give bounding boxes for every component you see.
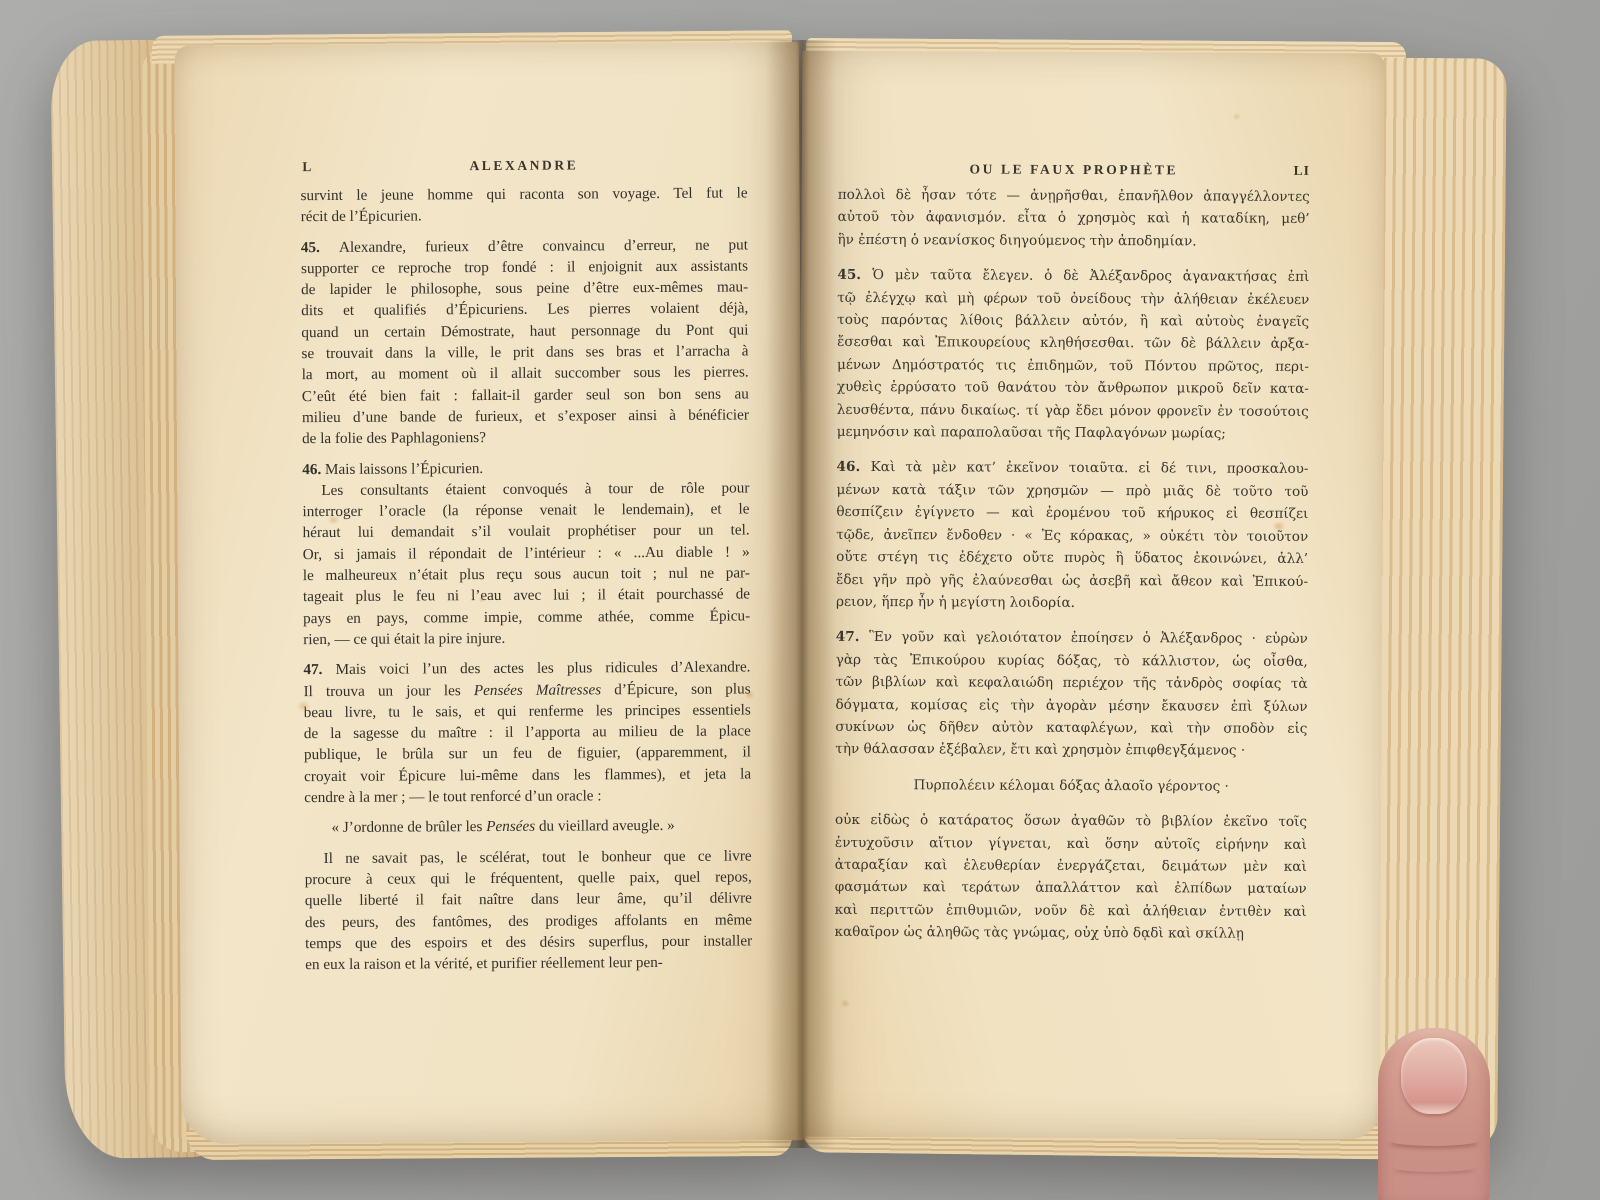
text-line: croyait voir Épicure lui-même dans les f…	[304, 763, 751, 787]
book-photo-scene: L ALEXANDRE survint le jeune homme qui r…	[0, 0, 1600, 1200]
text-line: ἔδει γῆν πρὸ γῆς ἐλαύνεσθαι ὡς ἀσεβῆ καὶ…	[836, 568, 1308, 592]
text-segment: beau livre, tu le sais, et qui renferme …	[304, 701, 751, 721]
text-segment: Il ne savait pas, le scélérat, tout le b…	[324, 847, 752, 867]
text-segment: αὐτοῦ τὸν ἀφανισμόν. εἶτα ὁ χρησμὸς καὶ …	[838, 209, 1310, 227]
text-segment: supporter ce reproche trop fondé : il en…	[301, 257, 748, 277]
text-segment: du vieillard aveugle. »	[535, 817, 675, 835]
text-line: de la folie des Paphlagoniens?	[302, 426, 749, 450]
text-segment: φασμάτων καὶ τεράτων ἀπαλλάττον καὶ ἐλπί…	[835, 879, 1307, 897]
text-line: la mort, au moment où il allait succombe…	[302, 362, 749, 386]
text-line: ρειον, ἥπερ ἦν ἡ μεγίστη λοιδορία.	[836, 591, 1308, 615]
text-line: le malheureux n’était plus reçu sous auc…	[303, 562, 750, 586]
text-line: 47. Mais voici l’un des actes les plus r…	[303, 657, 750, 681]
text-segment: milieu d’une bande de furieux, et s’expo…	[302, 406, 749, 426]
text-segment: οὐκ εἰδὼς ὁ κατάρατος ὅσων ἀγαθῶν τὸ βιβ…	[835, 812, 1307, 830]
text-line: καθαῖρον ὡς ἀληθῶς τὰς γνώμας, οὐχ ὑπὸ δ…	[834, 921, 1306, 945]
paragraph: « J’ordonne de brûler les Pensées du vie…	[304, 815, 751, 839]
text-segment: survint le jeune homme qui raconta son v…	[301, 184, 748, 204]
text-line: αὐτοῦ τὸν ἀφανισμόν. εἶτα ὁ χρησμὸς καὶ …	[838, 206, 1310, 230]
text-segment: de la sagesse du maître : il l’apporta a…	[304, 723, 751, 743]
text-segment: καθαῖρον ὡς ἀληθῶς τὰς γνώμας, οὐχ ὑπὸ δ…	[834, 924, 1243, 942]
left-page-text-block: survint le jeune homme qui raconta son v…	[301, 182, 753, 975]
text-segment: λευσθέντα, πάνυ δικαίως. τί γὰρ ἔδει μόν…	[837, 402, 1309, 420]
text-segment: καὶ περιττῶν ἐπιθυμιῶν, νοῦν δὲ καὶ ἀλήθ…	[835, 902, 1307, 920]
text-line: τῶν βιβλίων καὶ κεφαλαιώδη περιέχον τῆς …	[836, 671, 1308, 695]
text-segment: ρειον, ἥπερ ἦν ἡ μεγίστη λοιδορία.	[836, 594, 1075, 611]
paragraph-number: 45.	[837, 267, 872, 283]
text-segment: μεμηνόσιν καὶ παραπολαῦσαι τῆς Παφλαγόνω…	[837, 424, 1226, 442]
paragraph: 46. Καὶ τὰ μὲν κατ’ ἐκεῖνον τοιαῦτα. εἰ …	[836, 456, 1309, 615]
text-segment: οὔτε στέγη τις ἐδέχετο οὔτε πυρὸς ἢ ὕδατ…	[836, 549, 1308, 567]
text-segment: de lapider le philosophe, sous peine d’ê…	[301, 279, 748, 299]
text-line: 47. Ἓν γοῦν καὶ γελοιότατον ἐποίησεν ὁ Ἀ…	[836, 626, 1308, 650]
paragraph-number: 47.	[836, 629, 869, 645]
text-line: 46. Καὶ τὰ μὲν κατ’ ἐκεῖνον τοιαῦτα. εἰ …	[837, 456, 1309, 480]
text-segment: δόγματα, κομίσας εἰς τὴν ἀγορὰν μέσην ἔκ…	[835, 696, 1307, 714]
paragraph-number: 46.	[302, 461, 325, 478]
italic-text: Pensées Maîtresses	[474, 681, 601, 699]
text-line: μεμηνόσιν καὶ παραπολαῦσαι τῆς Παφλαγόνω…	[837, 421, 1309, 445]
paragraph: Πυρπολέειν κέλομαι δόξας ἀλαοῖο γέροντος…	[835, 774, 1307, 798]
text-segment: quand un certain Démostrate, haut person…	[301, 321, 748, 341]
text-line: dits et qualifiés d’Épicuriens. Les pier…	[301, 298, 748, 322]
text-line: de lapider le philosophe, sous peine d’ê…	[301, 277, 748, 301]
text-line: héraut lui demandait s’il voulait prophé…	[303, 520, 750, 544]
text-line: μένων Δημόστρατός τις ἐπιδημῶν, τοῦ Πόντ…	[837, 354, 1309, 378]
text-segment: des peurs, des fantômes, des prodiges af…	[305, 911, 752, 931]
text-line: publique, le brûla sur un feu de figuier…	[304, 742, 751, 766]
finger-holding-page	[1378, 1028, 1490, 1200]
text-line: μένων κατὰ τάξιν τῶν χρησμῶν — πρὸ μιᾶς …	[836, 479, 1308, 503]
text-segment: Les consultants étaient convoqués à tour…	[321, 479, 749, 499]
text-line: Πυρπολέειν κέλομαι δόξας ἀλαοῖο γέροντος…	[835, 774, 1307, 798]
text-segment: γὰρ τὰς Ἐπικούρου κυρίας δόξας, τὸ κάλλι…	[836, 652, 1308, 670]
text-segment: μένων Δημόστρατός τις ἐπιδημῶν, τοῦ Πόντ…	[837, 357, 1309, 375]
text-line: τῷ ἐλέγχῳ καὶ μὴ φέρων τοῦ ὀνείδους τὴν …	[837, 287, 1309, 311]
text-segment: récit de l’Épicurien.	[301, 208, 422, 226]
foxing-spot	[1232, 113, 1241, 121]
text-segment: pays en pays, comme impie, comme athée, …	[303, 607, 750, 627]
right-page-header: OU LE FAUX PROPHÈTE LI	[838, 161, 1310, 179]
text-segment: dits et qualifiés d’Épicuriens. Les pier…	[301, 300, 748, 320]
paragraph: 47. Ἓν γοῦν καὶ γελοιότατον ἐποίησεν ὁ Ἀ…	[835, 626, 1308, 762]
text-line: Il ne savait pas, le scélérat, tout le b…	[305, 845, 752, 869]
text-line: en eux la raison et la vérité, et purifi…	[305, 951, 752, 975]
text-segment: Or, si jamais il répondait de l’intérieu…	[303, 543, 750, 563]
text-line: 45. Ὁ μὲν ταῦτα ἔλεγεν. ὁ δὲ Ἀλέξανδρος …	[837, 264, 1309, 288]
text-segment: τῷ ἐλέγχῳ καὶ μὴ φέρων τοῦ ὀνείδους τὴν …	[837, 290, 1309, 308]
text-line: Il trouva un jour les Pensées Maîtresses…	[304, 678, 751, 702]
text-segment: ἔσεσθαι καὶ Ἐπικουρείους κληθήσεσθαι. τῶ…	[837, 334, 1309, 352]
text-line: C’eût été bien fait : fallait-il garder …	[302, 383, 749, 407]
paragraph: Il ne savait pas, le scélérat, tout le b…	[305, 845, 753, 976]
text-line: tageait plus le feu ni l’eau avec lui ; …	[303, 584, 750, 608]
text-line: supporter ce reproche trop fondé : il en…	[301, 255, 748, 279]
text-segment: quelle liberté il fait naître dans leur …	[305, 890, 752, 910]
text-line: récit de l’Épicurien.	[301, 204, 748, 228]
text-segment: Καὶ τὰ μὲν κατ’ ἐκεῖνον τοιαῦτα. εἰ δέ τ…	[871, 460, 1309, 478]
text-segment: πολλοὶ δὲ ἦσαν τότε — ἀνῃρῆσθαι, ἐπανῆλθ…	[838, 187, 1310, 205]
text-segment: Mais laissons l’Épicurien.	[325, 460, 483, 478]
text-segment: ἣν ἐπέστη ὁ νεανίσκος διηγούμενος τὴν ἀπ…	[838, 232, 1197, 250]
text-line: δόγματα, κομίσας εἰς τὴν ἀγορὰν μέσην ἔκ…	[835, 693, 1307, 717]
text-line: interroger l’oracle (la réponse venait l…	[302, 499, 749, 523]
text-line: καὶ περιττῶν ἐπιθυμιῶν, νοῦν δὲ καὶ ἀλήθ…	[835, 899, 1307, 923]
text-segment: procure à ceux qui le fréquentent, quell…	[305, 868, 752, 888]
text-segment: τῶν βιβλίων καὶ κεφαλαιώδη περιέχον τῆς …	[836, 674, 1308, 692]
text-segment: la mort, au moment où il allait succombe…	[302, 364, 749, 384]
text-segment: rien, — ce qui était la pire injure.	[303, 630, 505, 648]
text-line: quelle liberté il fait naître dans leur …	[305, 888, 752, 912]
text-line: survint le jeune homme qui raconta son v…	[301, 182, 748, 206]
text-segment: croyait voir Épicure lui-même dans les f…	[304, 765, 751, 785]
text-line: γὰρ τὰς Ἐπικούρου κυρίας δόξας, τὸ κάλλι…	[836, 649, 1308, 673]
text-segment: μένων κατὰ τάξιν τῶν χρησμῶν — πρὸ μιᾶς …	[836, 482, 1308, 500]
right-page-number: LI	[1294, 163, 1310, 179]
text-line: οὐκ εἰδὼς ὁ κατάρατος ὅσων ἀγαθῶν τὸ βιβ…	[835, 809, 1307, 833]
text-line: 45. Alexandre, furieux d’être convaincu …	[301, 234, 748, 258]
left-page-number: L	[302, 159, 312, 175]
text-line: λευσθέντα, πάνυ δικαίως. τί γὰρ ἔδει μόν…	[837, 399, 1309, 423]
text-line: Les consultants étaient convoqués à tour…	[302, 477, 749, 501]
text-line: ἣν ἐπέστη ὁ νεανίσκος διηγούμενος τὴν ἀπ…	[837, 229, 1309, 253]
text-segment: se trouvait dans la ville, le prit dans …	[301, 342, 748, 362]
text-line: temps que des espoirs et des désirs supe…	[305, 930, 752, 954]
text-segment: τῷδε, ἀνεῖπεν ἔνδοθεν · « Ἐς κόρακας, » …	[836, 527, 1308, 545]
text-segment: ἀταραξίαν καὶ ἐλευθερίαν ἐνεργάζεται, δε…	[835, 857, 1307, 875]
text-segment: le malheureux n’était plus reçu sous auc…	[303, 564, 750, 584]
text-segment: ἔδει γῆν πρὸ γῆς ἐλαύνεσθαι ὡς ἀσεβῆ καὶ…	[836, 571, 1308, 589]
text-segment: Alexandre, furieux d’être convaincu d’er…	[339, 236, 748, 255]
text-segment: τὴν θάλασσαν ἐξέβαλεν, ἔτι καὶ χρησμὸν ἐ…	[835, 741, 1245, 759]
text-segment: χυθεὶς ἐρρύσατο τοῦ θανάτου τὸν ἄνθρωπον…	[837, 379, 1309, 397]
open-book: L ALEXANDRE survint le jeune homme qui r…	[0, 0, 1600, 1200]
text-segment: publique, le brûla sur un feu de figuier…	[304, 744, 751, 764]
right-page-text-block: πολλοὶ δὲ ἦσαν τότε — ἀνῃρῆσθαι, ἐπανῆλθ…	[834, 184, 1309, 946]
text-segment: συκίνων ὡς δῆθεν αὐτὸν καταφλέγων, καὶ τ…	[835, 719, 1307, 737]
fingernail	[1401, 1038, 1467, 1114]
paragraph: 45. Alexandre, furieux d’être convaincu …	[301, 234, 749, 450]
paragraph: survint le jeune homme qui raconta son v…	[301, 182, 748, 227]
paragraph: οὐκ εἰδὼς ὁ κατάρατος ὅσων ἀγαθῶν τὸ βιβ…	[834, 809, 1307, 945]
text-line: 46. Mais laissons l’Épicurien.	[302, 456, 749, 480]
left-running-title: ALEXANDRE	[469, 157, 578, 173]
italic-text: Pensées	[486, 818, 535, 835]
text-segment: de la folie des Paphlagoniens?	[302, 429, 486, 447]
text-segment: d’Épicure, son plus	[601, 680, 751, 698]
text-line: τοὺς παρόντας λίθοις βάλλειν αὐτόν, ἢ κα…	[837, 309, 1309, 333]
text-line: « J’ordonne de brûler les Pensées du vie…	[304, 815, 751, 839]
paragraph-number: 47.	[303, 661, 335, 678]
text-line: ἐντυχοῦσιν αἴτιον γίγνεται, καὶ ὅσην αὐτ…	[835, 831, 1307, 855]
paragraph-number: 45.	[301, 239, 339, 256]
text-line: ἔσεσθαι καὶ Ἐπικουρείους κληθήσεσθαι. τῶ…	[837, 331, 1309, 355]
text-line: cendre à la mer ; — le tout renforcé d’u…	[304, 784, 751, 808]
text-segment: interroger l’oracle (la réponse venait l…	[302, 501, 749, 521]
text-segment: Πυρπολέειν κέλομαι δόξας ἀλαοῖο γέροντος…	[913, 777, 1228, 794]
text-line: ἀταραξίαν καὶ ἐλευθερίαν ἐνεργάζεται, δε…	[835, 854, 1307, 878]
text-segment: τοὺς παρόντας λίθοις βάλλειν αὐτόν, ἢ κα…	[837, 312, 1309, 330]
right-page: OU LE FAUX PROPHÈTE LI πολλοὶ δὲ ἦσαν τό…	[798, 51, 1385, 1140]
text-segment: θεσπίζειν ἐγίγνετο — καὶ ἐρομένου τοῦ κή…	[836, 504, 1308, 522]
text-segment: Il trouva un jour les	[304, 682, 474, 700]
left-page-header: L ALEXANDRE	[300, 156, 747, 175]
paragraph: Les consultants étaient convoqués à tour…	[302, 477, 750, 650]
text-line: πολλοὶ δὲ ἦσαν τότε — ἀνῃρῆσθαι, ἐπανῆλθ…	[838, 184, 1310, 208]
text-line: φασμάτων καὶ τεράτων ἀπαλλάττον καὶ ἐλπί…	[835, 876, 1307, 900]
paragraph-number: 46.	[837, 459, 871, 475]
text-line: rien, — ce qui était la pire injure.	[303, 626, 750, 650]
text-line: de la sagesse du maître : il l’apporta a…	[304, 721, 751, 745]
text-segment: « J’ordonne de brûler les	[331, 818, 486, 836]
text-line: procure à ceux qui le fréquentent, quell…	[305, 866, 752, 890]
text-segment: ἐντυχοῦσιν αἴτιον γίγνεται, καὶ ὅσην αὐτ…	[835, 834, 1307, 852]
text-line: se trouvait dans la ville, le prit dans …	[301, 340, 748, 364]
finger-crease	[1388, 1134, 1480, 1146]
text-line: quand un certain Démostrate, haut person…	[301, 319, 748, 343]
text-line: Or, si jamais il répondait de l’intérieu…	[303, 541, 750, 565]
text-line: οὔτε στέγη τις ἐδέχετο οὔτε πυρὸς ἢ ὕδατ…	[836, 546, 1308, 570]
text-segment: cendre à la mer ; — le tout renforcé d’u…	[304, 787, 601, 806]
foxing-spot	[840, 999, 850, 1008]
right-running-title: OU LE FAUX PROPHÈTE	[970, 161, 1179, 177]
finger-crease	[1392, 1162, 1476, 1172]
text-segment: temps que des espoirs et des désirs supe…	[305, 932, 752, 952]
text-segment: Ἓν γοῦν καὶ γελοιότατον ἐποίησεν ὁ Ἀλέξα…	[869, 629, 1308, 647]
text-segment: C’eût été bien fait : fallait-il garder …	[302, 385, 749, 405]
text-segment: Ὁ μὲν ταῦτα ἔλεγεν. ὁ δὲ Ἀλέξανδρος ἀγαν…	[872, 267, 1309, 285]
text-line: χυθεὶς ἐρρύσατο τοῦ θανάτου τὸν ἄνθρωπον…	[837, 376, 1309, 400]
text-segment: en eux la raison et la vérité, et purifi…	[305, 954, 663, 973]
paragraph: πολλοὶ δὲ ἦσαν τότε — ἀνῃρῆσθαι, ἐπανῆλθ…	[837, 184, 1309, 253]
text-segment: Mais voici l’un des actes les plus ridic…	[336, 659, 751, 679]
text-line: τὴν θάλασσαν ἐξέβαλεν, ἔτι καὶ χρησμὸν ἐ…	[835, 738, 1307, 762]
text-segment: héraut lui demandait s’il voulait prophé…	[303, 522, 750, 542]
text-line: beau livre, tu le sais, et qui renferme …	[304, 699, 751, 723]
text-segment: tageait plus le feu ni l’eau avec lui ; …	[303, 586, 750, 606]
paragraph: 46. Mais laissons l’Épicurien.	[302, 456, 749, 480]
paragraph: 45. Ὁ μὲν ταῦτα ἔλεγεν. ὁ δὲ Ἀλέξανδρος …	[837, 264, 1310, 445]
paragraph: 47. Mais voici l’un des actes les plus r…	[303, 657, 751, 809]
text-line: συκίνων ὡς δῆθεν αὐτὸν καταφλέγων, καὶ τ…	[835, 716, 1307, 740]
left-page: L ALEXANDRE survint le jeune homme qui r…	[175, 42, 806, 1144]
text-line: des peurs, des fantômes, des prodiges af…	[305, 909, 752, 933]
text-line: milieu d’une bande de furieux, et s’expo…	[302, 404, 749, 428]
text-line: τῷδε, ἀνεῖπεν ἔνδοθεν · « Ἐς κόρακας, » …	[836, 524, 1308, 548]
text-line: θεσπίζειν ἐγίγνετο — καὶ ἐρομένου τοῦ κή…	[836, 501, 1308, 525]
text-line: pays en pays, comme impie, comme athée, …	[303, 605, 750, 629]
